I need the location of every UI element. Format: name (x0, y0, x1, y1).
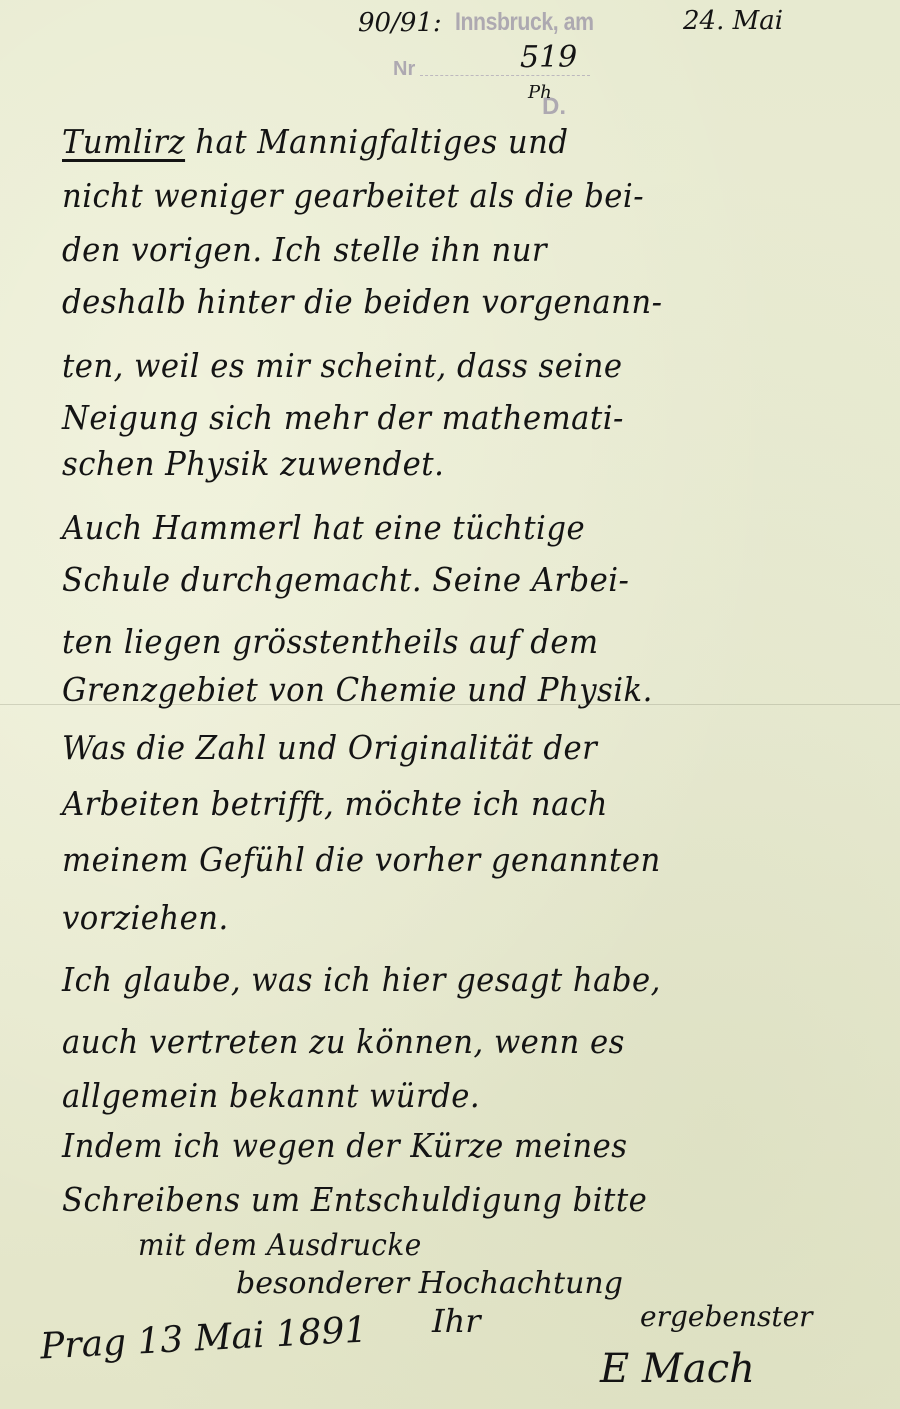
document-number: 519 (520, 40, 577, 75)
body-line: Schule durchgemacht. Seine Arbei- (62, 560, 629, 599)
body-line: schen Physik zuwendet. (62, 444, 444, 483)
body-line: vorziehen. (62, 898, 229, 937)
stamp-nr-line (420, 75, 590, 76)
closing-ergebenster: ergebenster (640, 1300, 813, 1333)
body-line: ten, weil es mir scheint, dass seine (62, 346, 622, 385)
stamp-nr-label: Nr (393, 58, 415, 81)
name-tumlirz: Tumlirz (62, 122, 185, 161)
body-line: ten liegen grösstentheils auf dem (62, 622, 599, 661)
body-line: meinem Gefühl die vorher genannten (62, 840, 661, 879)
body-line: Auch Hammerl hat eine tüchtige (62, 508, 585, 547)
body-line: Indem ich wegen der Kürze meines (62, 1126, 627, 1165)
body-line: allgemein bekannt würde. (62, 1076, 480, 1115)
body-line: Grenzgebiet von Chemie und Physik. (62, 670, 653, 709)
body-line: mit dem Ausdrucke (138, 1228, 422, 1263)
body-line: nicht weniger gearbeitet als die bei- (62, 176, 644, 215)
stamp-place: Innsbruck, am (455, 8, 594, 37)
body-line: Neigung sich mehr der mathemati- (62, 398, 624, 437)
body-line: Schreibens um Entschuldigung bitte (62, 1180, 647, 1219)
archive-reference: 90/91: (358, 8, 442, 38)
closing-respect: besonderer Hochachtung (236, 1266, 623, 1301)
body-line: deshalb hinter die beiden vorgenann- (62, 282, 662, 321)
body-line: auch vertreten zu können, wenn es (62, 1022, 625, 1061)
received-date: 24. Mai (683, 6, 783, 36)
body-line: Was die Zahl und Originalität der (62, 728, 597, 767)
body-line: den vorigen. Ich stelle ihn nur (62, 230, 547, 269)
closing-ihr: Ihr (432, 1302, 481, 1340)
body-line: Arbeiten betrifft, möchte ich nach (62, 784, 608, 823)
body-line: Tumlirz hat Mannigfaltiges und (62, 122, 569, 161)
department-mark: Ph (528, 82, 552, 103)
signature: E Mach (600, 1346, 755, 1392)
body-line: Ich glaube, was ich hier gesagt habe, (62, 960, 661, 999)
